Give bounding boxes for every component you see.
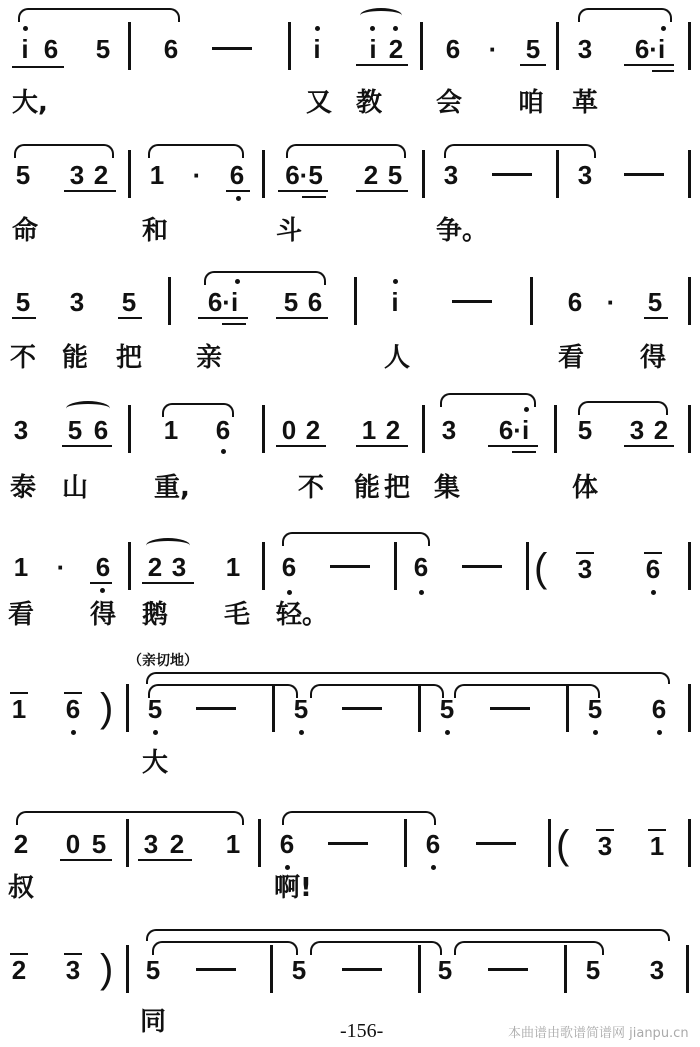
phrase-slur bbox=[146, 929, 670, 941]
lyric: 同 bbox=[140, 1007, 166, 1037]
note: 6 bbox=[304, 287, 326, 317]
lyric: 叔 bbox=[8, 873, 34, 903]
low-octave-dot bbox=[100, 588, 105, 593]
note: 2 bbox=[10, 829, 32, 859]
note: 2 bbox=[302, 415, 324, 445]
open-parenthesis: ( bbox=[534, 548, 547, 588]
underline bbox=[278, 190, 328, 192]
augmentation-dot: · bbox=[600, 287, 622, 317]
slur bbox=[204, 271, 326, 285]
low-octave-dot bbox=[651, 590, 656, 595]
barline bbox=[688, 405, 691, 453]
note: 2 bbox=[650, 415, 672, 445]
note: 6 bbox=[410, 552, 432, 582]
lyric: 把 bbox=[116, 343, 142, 373]
note: 5 bbox=[522, 34, 544, 64]
lyric: 山 bbox=[62, 473, 88, 503]
lyric: 大 bbox=[142, 748, 168, 778]
lyric: 得 bbox=[90, 600, 116, 630]
note: 6 bbox=[40, 34, 62, 64]
lyric: 不 bbox=[10, 343, 36, 373]
note: 1 bbox=[358, 415, 380, 445]
barline bbox=[258, 819, 261, 867]
underline bbox=[60, 859, 112, 861]
note: i bbox=[14, 34, 36, 64]
lyric: 泰 bbox=[10, 473, 36, 503]
note: 3 bbox=[66, 160, 88, 190]
barline bbox=[354, 277, 357, 325]
lyric: 得 bbox=[640, 343, 666, 373]
underline bbox=[142, 582, 194, 584]
barline bbox=[420, 22, 423, 70]
barline bbox=[688, 819, 691, 867]
note: i bbox=[384, 287, 406, 317]
underline bbox=[276, 445, 326, 447]
open-parenthesis: ( bbox=[556, 825, 569, 865]
barline bbox=[272, 684, 275, 732]
note: 6 bbox=[160, 34, 182, 64]
note: 5 bbox=[64, 415, 86, 445]
extension-dash bbox=[328, 842, 368, 845]
note: 1 bbox=[160, 415, 182, 445]
note: 5 bbox=[144, 694, 166, 724]
note: 1 bbox=[146, 160, 168, 190]
underline bbox=[64, 190, 116, 192]
low-octave-dot bbox=[71, 730, 76, 735]
note: 6·i bbox=[624, 34, 676, 64]
barline bbox=[126, 945, 129, 993]
extension-dash bbox=[462, 565, 502, 568]
slur bbox=[310, 684, 444, 698]
high-octave-dot bbox=[23, 26, 28, 31]
slur bbox=[454, 684, 600, 698]
high-octave-dot bbox=[661, 26, 666, 31]
barline bbox=[128, 150, 131, 198]
high-octave-dot bbox=[393, 279, 398, 284]
note: 5 bbox=[644, 287, 666, 317]
phrase-slur bbox=[146, 672, 670, 684]
extension-dash bbox=[330, 565, 370, 568]
barline bbox=[288, 22, 291, 70]
barline bbox=[262, 405, 265, 453]
low-octave-dot bbox=[657, 730, 662, 735]
note: 2 bbox=[166, 829, 188, 859]
slur bbox=[360, 8, 402, 23]
low-octave-dot bbox=[593, 730, 598, 735]
note: 5 bbox=[12, 160, 34, 190]
barline bbox=[168, 277, 171, 325]
barline bbox=[262, 542, 265, 590]
note: 3 bbox=[626, 415, 648, 445]
note: 2 bbox=[385, 34, 407, 64]
augmentation-dot: · bbox=[186, 160, 208, 190]
note: 5 bbox=[280, 287, 302, 317]
lyric: 革 bbox=[572, 88, 598, 118]
high-octave-dot bbox=[393, 26, 398, 31]
note: 3 bbox=[574, 554, 596, 584]
slur bbox=[152, 941, 298, 955]
extension-dash bbox=[196, 968, 236, 971]
low-octave-dot bbox=[431, 865, 436, 870]
slur bbox=[18, 8, 180, 22]
lyric: 又 bbox=[306, 88, 332, 118]
underline bbox=[62, 445, 112, 447]
note: 5 bbox=[384, 160, 406, 190]
extension-dash bbox=[624, 173, 664, 176]
underline bbox=[624, 64, 674, 66]
barline bbox=[554, 405, 557, 453]
underline bbox=[302, 196, 326, 198]
note: 2 bbox=[90, 160, 112, 190]
underline bbox=[90, 582, 112, 584]
barline bbox=[126, 684, 129, 732]
extension-dash bbox=[212, 47, 252, 50]
slur bbox=[578, 8, 672, 22]
slur bbox=[578, 401, 668, 415]
note: 6 bbox=[92, 552, 114, 582]
underline bbox=[222, 323, 246, 325]
note: 1 bbox=[8, 694, 30, 724]
note: 5 bbox=[574, 415, 596, 445]
note: 6 bbox=[226, 160, 248, 190]
lyric: 集 bbox=[434, 473, 460, 503]
high-octave-dot bbox=[235, 279, 240, 284]
lyric: 大, bbox=[12, 88, 48, 118]
note: 5 bbox=[582, 955, 604, 985]
underline bbox=[512, 451, 536, 453]
barline bbox=[688, 22, 691, 70]
note: 3 bbox=[66, 287, 88, 317]
barline bbox=[566, 684, 569, 732]
slur bbox=[440, 393, 536, 407]
note: 5 bbox=[118, 287, 140, 317]
barline bbox=[686, 945, 689, 993]
note: 6 bbox=[62, 694, 84, 724]
lyric: 命 bbox=[12, 216, 38, 246]
extension-dash bbox=[490, 707, 530, 710]
low-octave-dot bbox=[236, 196, 241, 201]
note: 2 bbox=[360, 160, 382, 190]
note: 2 bbox=[8, 955, 30, 985]
underline bbox=[12, 317, 36, 319]
slur bbox=[146, 538, 190, 553]
barline bbox=[404, 819, 407, 867]
lyric: 毛 bbox=[224, 600, 250, 630]
low-octave-dot bbox=[299, 730, 304, 735]
extension-dash bbox=[452, 300, 492, 303]
barline bbox=[270, 945, 273, 993]
lyric: 重, bbox=[154, 473, 190, 503]
note: 2 bbox=[144, 552, 166, 582]
extension-dash bbox=[488, 968, 528, 971]
note: 3 bbox=[646, 955, 668, 985]
underline bbox=[488, 445, 538, 447]
high-octave-dot bbox=[370, 26, 375, 31]
slur bbox=[454, 941, 604, 955]
slur bbox=[286, 144, 406, 158]
lyric: 把 bbox=[384, 473, 410, 503]
note: 1 bbox=[222, 552, 244, 582]
note: 5 bbox=[290, 694, 312, 724]
extension-dash bbox=[342, 968, 382, 971]
barline bbox=[128, 542, 131, 590]
underline bbox=[356, 190, 408, 192]
barline bbox=[548, 819, 551, 867]
note: 3 bbox=[440, 160, 462, 190]
note: 3 bbox=[140, 829, 162, 859]
barline bbox=[556, 22, 559, 70]
note: 5 bbox=[584, 694, 606, 724]
slur bbox=[66, 401, 110, 416]
expression-mark: （亲切地） bbox=[128, 650, 198, 670]
lyric: 轻。 bbox=[276, 600, 328, 630]
underline bbox=[520, 64, 546, 66]
barline bbox=[556, 150, 559, 198]
note: 1 bbox=[10, 552, 32, 582]
high-octave-dot bbox=[315, 26, 320, 31]
underline bbox=[138, 859, 192, 861]
low-octave-dot bbox=[285, 865, 290, 870]
note: 2 bbox=[382, 415, 404, 445]
barline bbox=[688, 150, 691, 198]
note: 5 bbox=[92, 34, 114, 64]
note: 6 bbox=[90, 415, 112, 445]
underline bbox=[118, 317, 142, 319]
lyric: 和 bbox=[142, 216, 168, 246]
note: 3 bbox=[62, 955, 84, 985]
note: 5 bbox=[436, 694, 458, 724]
note: 3 bbox=[574, 34, 596, 64]
slur bbox=[282, 532, 430, 546]
underline bbox=[624, 445, 674, 447]
underline bbox=[226, 190, 250, 192]
underline bbox=[356, 445, 408, 447]
extension-dash bbox=[476, 842, 516, 845]
lyric: 体 bbox=[572, 473, 598, 503]
note: 0 bbox=[62, 829, 84, 859]
note: 6 bbox=[276, 829, 298, 859]
lyric: 咱 bbox=[518, 88, 544, 118]
high-octave-dot bbox=[524, 407, 529, 412]
note: 5 bbox=[434, 955, 456, 985]
underline bbox=[276, 317, 328, 319]
note: i bbox=[362, 34, 384, 64]
note: 5 bbox=[288, 955, 310, 985]
barline bbox=[688, 684, 691, 732]
lyric: 鹅 bbox=[142, 600, 168, 630]
slur bbox=[16, 811, 244, 825]
note: 6·5 bbox=[278, 160, 330, 190]
note: 3 bbox=[168, 552, 190, 582]
note: 5 bbox=[88, 829, 110, 859]
lyric: 人 bbox=[384, 343, 410, 373]
lyric: 争。 bbox=[436, 216, 488, 246]
note: 6 bbox=[278, 552, 300, 582]
underline bbox=[198, 317, 248, 319]
barline bbox=[422, 150, 425, 198]
lyric: 啊! bbox=[274, 873, 312, 903]
slur bbox=[444, 144, 596, 158]
barline bbox=[128, 22, 131, 70]
note: 6·i bbox=[488, 415, 540, 445]
slur bbox=[282, 811, 436, 825]
note: 5 bbox=[12, 287, 34, 317]
extension-dash bbox=[492, 173, 532, 176]
barline bbox=[262, 150, 265, 198]
slur bbox=[148, 144, 244, 158]
extension-dash bbox=[196, 707, 236, 710]
note: 6 bbox=[642, 554, 664, 584]
lyric: 亲 bbox=[196, 343, 222, 373]
low-octave-dot bbox=[287, 590, 292, 595]
note: 3 bbox=[594, 831, 616, 861]
note: 1 bbox=[646, 831, 668, 861]
lyric: 斗 bbox=[276, 216, 302, 246]
note: 6 bbox=[648, 694, 670, 724]
extension-dash bbox=[342, 707, 382, 710]
note: 6 bbox=[564, 287, 586, 317]
note: 6 bbox=[422, 829, 444, 859]
barline bbox=[688, 277, 691, 325]
note: 5 bbox=[142, 955, 164, 985]
lyric: 能 bbox=[354, 473, 380, 503]
low-octave-dot bbox=[221, 449, 226, 454]
lyric: 教 bbox=[356, 88, 382, 118]
lyric: 看 bbox=[558, 343, 584, 373]
close-parenthesis: ) bbox=[100, 688, 113, 728]
lyric: 会 bbox=[436, 88, 462, 118]
barline bbox=[126, 819, 129, 867]
underline bbox=[12, 66, 64, 68]
note: 3 bbox=[438, 415, 460, 445]
note: 1 bbox=[222, 829, 244, 859]
barline bbox=[418, 684, 421, 732]
barline bbox=[526, 542, 529, 590]
note: 3 bbox=[10, 415, 32, 445]
slur bbox=[14, 144, 114, 158]
augmentation-dot: · bbox=[482, 34, 504, 64]
slur bbox=[310, 941, 442, 955]
underline bbox=[356, 64, 408, 66]
barline bbox=[564, 945, 567, 993]
low-octave-dot bbox=[445, 730, 450, 735]
underline bbox=[644, 317, 668, 319]
note: 3 bbox=[574, 160, 596, 190]
lyric: 不 bbox=[298, 473, 324, 503]
note: 6·i bbox=[198, 287, 248, 317]
low-octave-dot bbox=[419, 590, 424, 595]
page-number: -156- bbox=[340, 1020, 383, 1043]
lyric: 能 bbox=[62, 343, 88, 373]
underline bbox=[652, 70, 674, 72]
note: 6 bbox=[212, 415, 234, 445]
note: 0 bbox=[278, 415, 300, 445]
note: i bbox=[306, 34, 328, 64]
barline bbox=[394, 542, 397, 590]
watermark: 本曲谱由歌谱简谱网 jianpu.cn bbox=[508, 1022, 689, 1041]
slur bbox=[148, 684, 298, 698]
note: 6 bbox=[442, 34, 464, 64]
lyric: 看 bbox=[8, 600, 34, 630]
close-parenthesis: ) bbox=[100, 949, 113, 989]
augmentation-dot: · bbox=[50, 552, 72, 582]
barline bbox=[418, 945, 421, 993]
barline bbox=[688, 542, 691, 590]
barline bbox=[422, 405, 425, 453]
barline bbox=[530, 277, 533, 325]
barline bbox=[128, 405, 131, 453]
low-octave-dot bbox=[153, 730, 158, 735]
